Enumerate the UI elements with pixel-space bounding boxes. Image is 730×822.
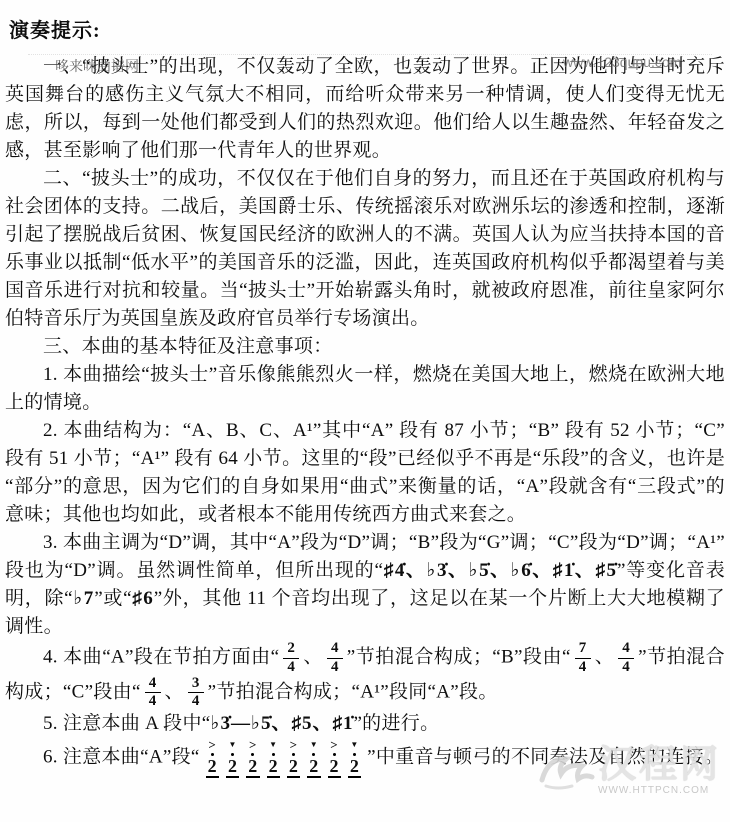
- list-item-5: 5. 注意本曲 A 段中“♭3̇—♭5̇、♯5、♯1̇”的进行。: [5, 710, 725, 738]
- jianpu-progression-notes: ♭3̇—♭5̇、♯5、♯1̇: [211, 713, 354, 734]
- jianpu-note: ▼2: [267, 738, 280, 778]
- jianpu-note: ▼2: [307, 738, 320, 778]
- jianpu-sharp6: ♯6: [132, 588, 154, 609]
- watermark-site-url: WWW.HTTPCN.COM: [598, 785, 709, 796]
- paragraph-section-three-heading: 三、本曲的基本特征及注意事项：: [5, 333, 725, 361]
- scanned-document-page: 演奏提示: 哆来咪曲谱网 www.123qupu.com 一、“披头士”的出现，…: [0, 0, 730, 822]
- list-item-6: 6. 注意本曲“A”段“>2▼2>2▼2>2▼2>2▼2”中重音与顿弓的不同奏法…: [5, 738, 725, 778]
- time-signature-2-4: 24: [283, 641, 299, 676]
- time-signature-4-4b: 44: [618, 641, 634, 676]
- jianpu-note: ▼2: [348, 738, 361, 778]
- list-item-3: 3. 本曲主调为“D”调，其中“A”段为“D”调；“B”段为“G”调；“C”段为…: [5, 529, 725, 641]
- jianpu-note: >2: [246, 738, 259, 778]
- list-item-2: 2. 本曲结构为：“A、B、C、A¹”其中“A” 段有 87 小节；“B” 段有…: [5, 417, 725, 529]
- document-body: 一、“披头士”的出现，不仅轰动了全欧，也轰动了世界。正因为他们与当时充斥英国舞台…: [0, 53, 730, 778]
- paragraph-beatles-appearance: 一、“披头士”的出现，不仅轰动了全欧，也轰动了世界。正因为他们与当时充斥英国舞台…: [5, 53, 725, 165]
- list-item-4: 4. 本曲“A”段在节拍方面由“24、44”节拍混合构成；“B”段由“74、44…: [5, 641, 725, 710]
- time-signature-4-4c: 44: [145, 676, 161, 711]
- time-signature-7-4: 74: [575, 641, 591, 676]
- jianpu-flat7: ♭7: [73, 588, 94, 609]
- jianpu-note: ▼2: [226, 738, 239, 778]
- jianpu-altered-notes: ♯4̇、♭3̇、♭5̇、♭6̇、♯1̇、♯5̇: [383, 560, 617, 581]
- time-signature-4-4: 44: [327, 641, 343, 676]
- jianpu-note: >2: [328, 738, 341, 778]
- jianpu-accent-staccato-row: >2▼2>2▼2>2▼2>2▼2: [206, 738, 362, 778]
- jianpu-note: >2: [206, 738, 219, 778]
- page-title: 演奏提示:: [9, 14, 730, 43]
- paragraph-beatles-success: 二、“披头士”的成功，不仅仅在于他们自身的努力，而且还在于英国政府机构与社会团体…: [5, 165, 725, 333]
- list-item-1: 1. 本曲描绘“披头士”音乐像熊熊烈火一样，燃烧在美国大地上，燃烧在欧洲大地上的…: [5, 361, 725, 417]
- jianpu-note: >2: [287, 738, 300, 778]
- scan-noise-line: [28, 54, 712, 55]
- time-signature-3-4: 34: [188, 676, 204, 711]
